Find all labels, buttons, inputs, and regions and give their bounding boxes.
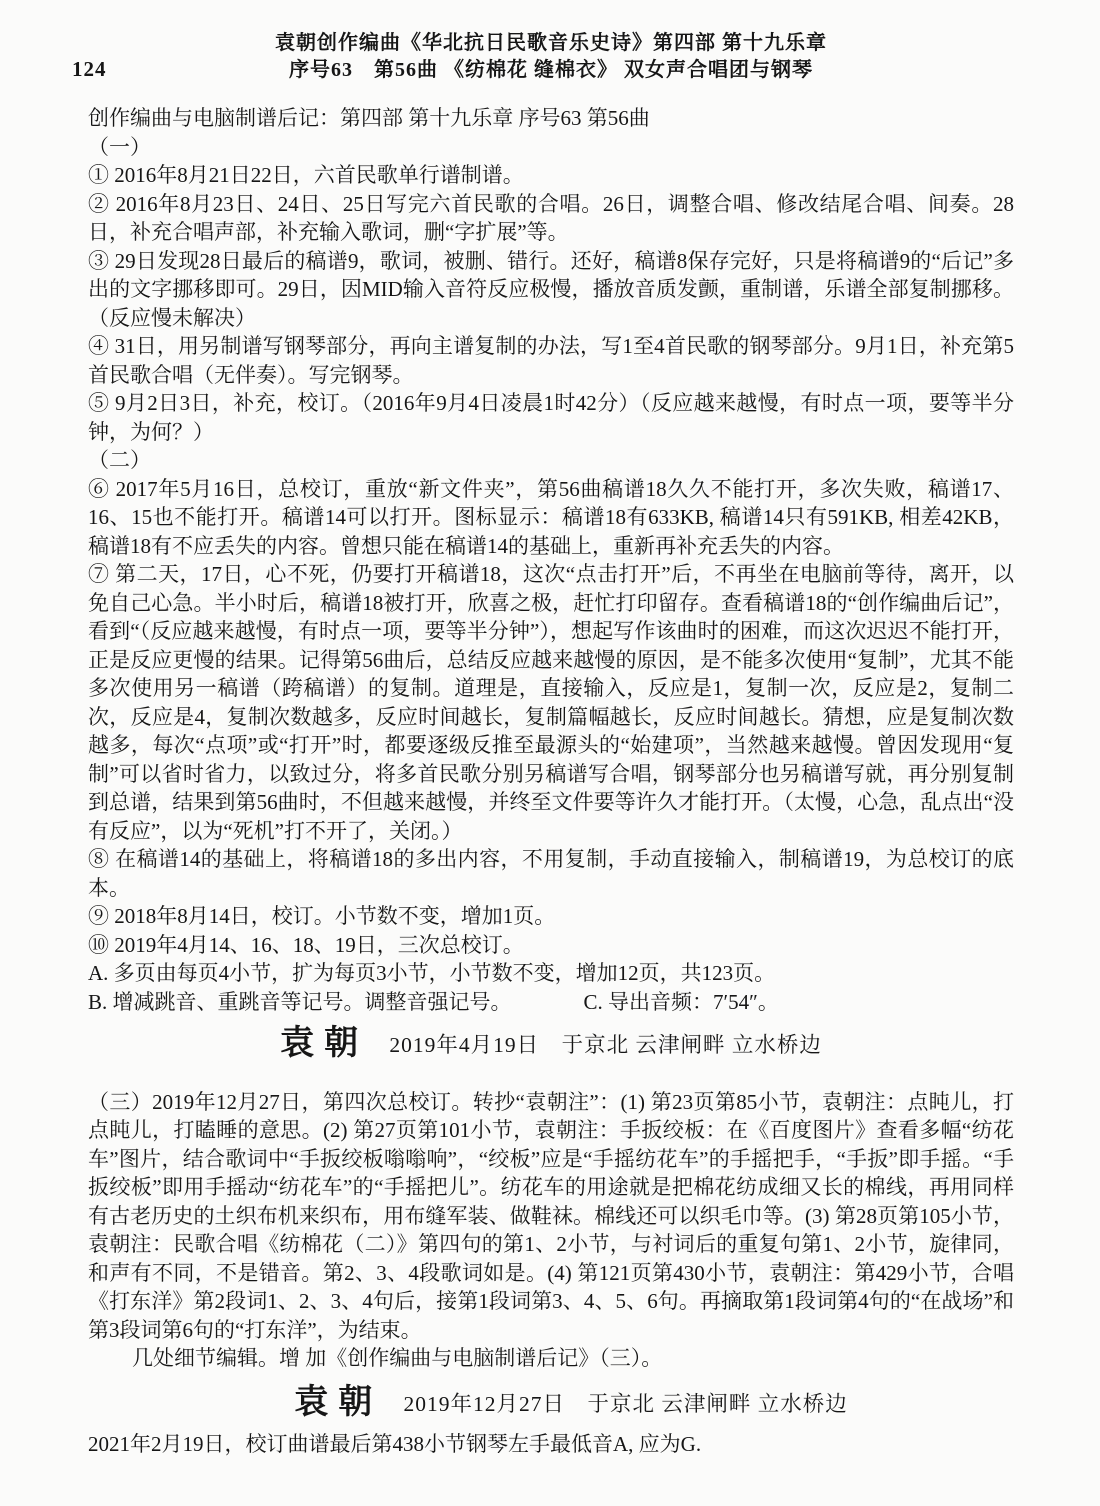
signature-name-1: 袁朝 xyxy=(280,1025,368,1062)
signature-block-1: 袁朝 2019年4月19日 于京北 云津闸畔 立水桥边 xyxy=(88,1030,1014,1060)
line-b: B. 增减跳音、重跳音等记号。调整音强记号。 xyxy=(88,988,512,1017)
item-7: ⑦ 第二天，17日，心不死，仍要打开稿谱18，这次“点击打开”后，不再坐在电脑前… xyxy=(88,560,1014,845)
page-header: 124 袁朝创作编曲《华北抗日民歌音乐史诗》第四部 第十九乐章 序号63 第56… xyxy=(88,30,1014,84)
item-6: ⑥ 2017年5月16日，总校订，重放“新文件夹”，第56曲稿谱18久久不能打开… xyxy=(88,475,1014,561)
title-line-2: 序号63 第56曲 《纺棉花 缝棉衣》 双女声合唱团与钢琴 xyxy=(275,57,827,84)
signature-details-1: 2019年4月19日 于京北 云津闸畔 立水桥边 xyxy=(389,1033,822,1057)
title-line-1: 袁朝创作编曲《华北抗日民歌音乐史诗》第四部 第十九乐章 xyxy=(275,30,827,57)
intro-line: 创作编曲与电脑制谱后记：第四部 第十九乐章 序号63 第56曲 xyxy=(88,104,1014,133)
line-c: C. 导出音频：7′54″。 xyxy=(584,988,779,1017)
signature-name-2: 袁朝 xyxy=(294,1384,382,1421)
document-body: 创作编曲与电脑制谱后记：第四部 第十九乐章 序号63 第56曲 （一） ① 20… xyxy=(88,104,1014,1459)
page-number: 124 xyxy=(72,56,107,83)
item-9: ⑨ 2018年8月14日，校订。小节数不变，增加1页。 xyxy=(88,902,1014,931)
signature-block-2: 袁朝 2019年12月27日 于京北 云津闸畔 立水桥边 xyxy=(88,1389,1014,1419)
section-3-paragraph: （三）2019年12月27日，第四次总校订。转抄“袁朝注”：(1) 第23页第8… xyxy=(88,1088,1014,1345)
item-4: ④ 31日，用另制谱写钢琴部分，再向主谱复制的办法，写1至4首民歌的钢琴部分。9… xyxy=(88,332,1014,389)
item-1: ① 2016年8月21日22日，六首民歌单行谱制谱。 xyxy=(88,161,1014,190)
section-marker-1: （一） xyxy=(88,133,1014,162)
item-5: ⑤ 9月2日3日，补充，校订。（2016年9月4日凌晨1时42分）（反应越来越慢… xyxy=(88,389,1014,446)
section-marker-2: （二） xyxy=(88,446,1014,475)
item-2: ② 2016年8月23日、24日、25日写完六首民歌的合唱。26日，调整合唱、修… xyxy=(88,190,1014,247)
item-8: ⑧ 在稿谱14的基础上，将稿谱18的多出内容，不用复制，手动直接输入，制稿谱19… xyxy=(88,845,1014,902)
line-b-c-row: B. 增减跳音、重跳音等记号。调整音强记号。 C. 导出音频：7′54″。 xyxy=(88,988,1014,1017)
line-a: A. 多页由每页4小节，扩为每页3小节，小节数不变，增加12页，共123页。 xyxy=(88,959,1014,988)
footer-2021-line: 2021年2月19日，校订曲谱最后第438小节钢琴左手最低音A, 应为G. xyxy=(88,1430,1014,1459)
signature-details-2: 2019年12月27日 于京北 云津闸畔 立水桥边 xyxy=(403,1392,847,1416)
document-title: 袁朝创作编曲《华北抗日民歌音乐史诗》第四部 第十九乐章 序号63 第56曲 《纺… xyxy=(275,30,827,84)
document-page: 124 袁朝创作编曲《华北抗日民歌音乐史诗》第四部 第十九乐章 序号63 第56… xyxy=(0,0,1100,1506)
note-line: 几处细节编辑。增 加《创作编曲与电脑制谱后记》（三）。 xyxy=(88,1344,1014,1373)
item-10: ⑩ 2019年4月14、16、18、19日，三次总校订。 xyxy=(88,931,1014,960)
item-3: ③ 29日发现28日最后的稿谱9，歌词，被删、错行。还好，稿谱8保存完好，只是将… xyxy=(88,247,1014,333)
